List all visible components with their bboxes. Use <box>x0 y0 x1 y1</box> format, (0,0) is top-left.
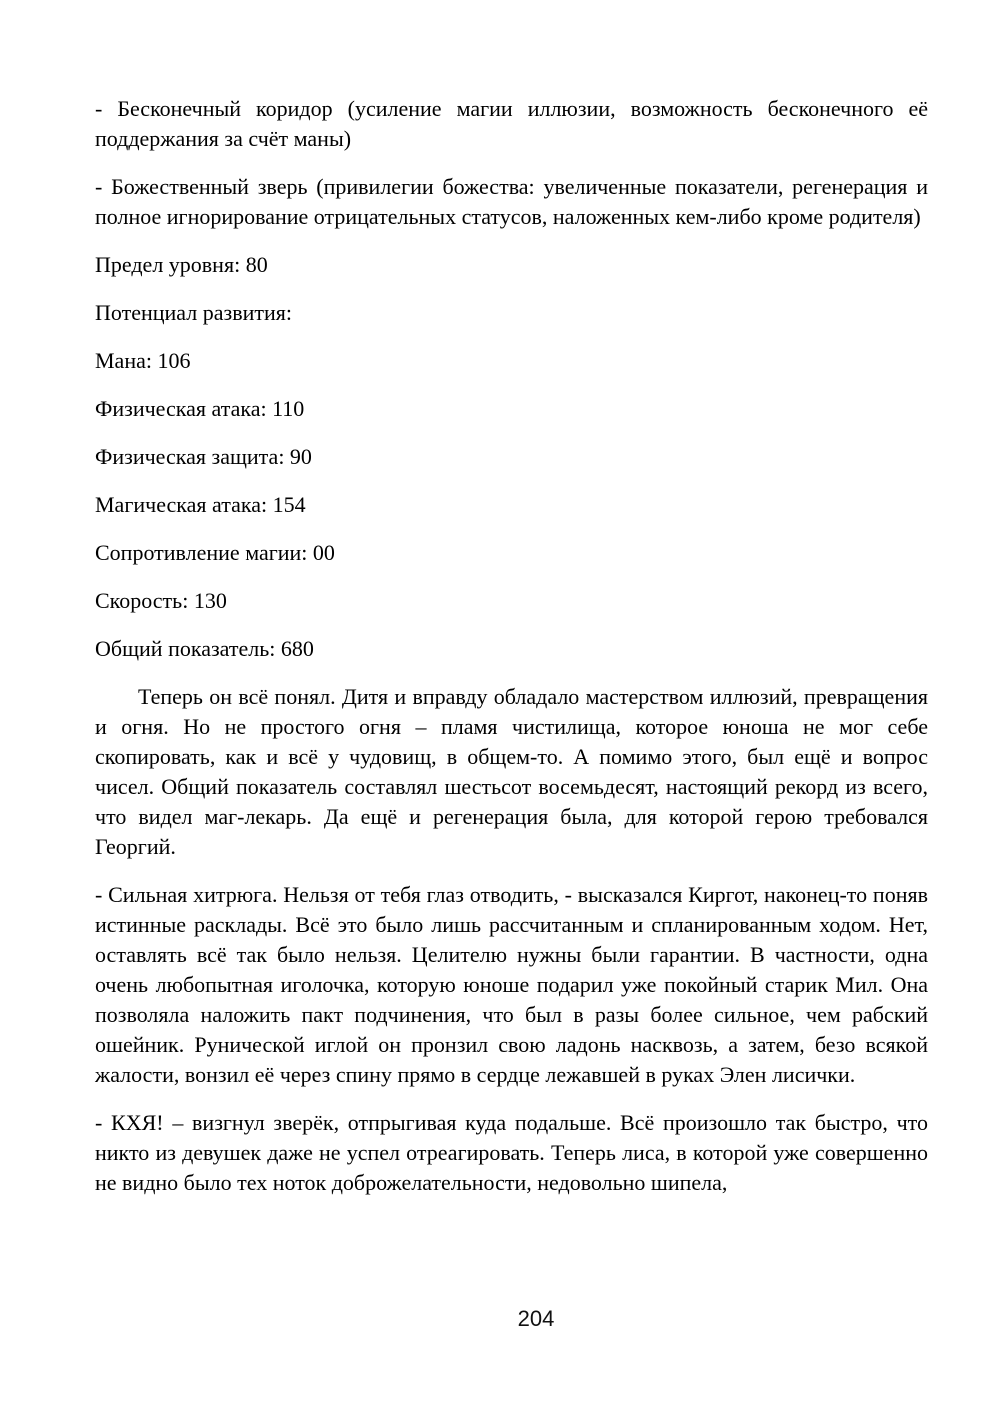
narrative-fox-reaction: - КХЯ! – визгнул зверёк, отпрыгивая куда… <box>95 1108 928 1198</box>
stat-speed: Скорость: 130 <box>95 586 928 616</box>
stat-level-limit: Предел уровня: 80 <box>95 250 928 280</box>
narrative-pact-needle: - Сильная хитрюга. Нельзя от тебя глаз о… <box>95 880 928 1090</box>
stat-mana: Мана: 106 <box>95 346 928 376</box>
stat-potential-header: Потенциал развития: <box>95 298 928 328</box>
page-footer: 204 <box>0 1306 1000 1332</box>
narrative-realization: Теперь он всё понял. Дитя и вправду обла… <box>95 682 928 862</box>
stat-physical-defense: Физическая защита: 90 <box>95 442 928 472</box>
stat-physical-attack: Физическая атака: 110 <box>95 394 928 424</box>
document-page: - Бесконечный коридор (усиление магии ил… <box>0 0 1000 1414</box>
stat-magical-attack: Магическая атака: 154 <box>95 490 928 520</box>
ability-infinite-corridor: - Бесконечный коридор (усиление магии ил… <box>95 94 928 154</box>
stat-magic-resistance: Сопротивление магии: 00 <box>95 538 928 568</box>
stat-total: Общий показатель: 680 <box>95 634 928 664</box>
page-number: 204 <box>518 1306 555 1331</box>
page-content: - Бесконечный коридор (усиление магии ил… <box>95 94 928 1198</box>
ability-divine-beast: - Божественный зверь (привилегии божеств… <box>95 172 928 232</box>
